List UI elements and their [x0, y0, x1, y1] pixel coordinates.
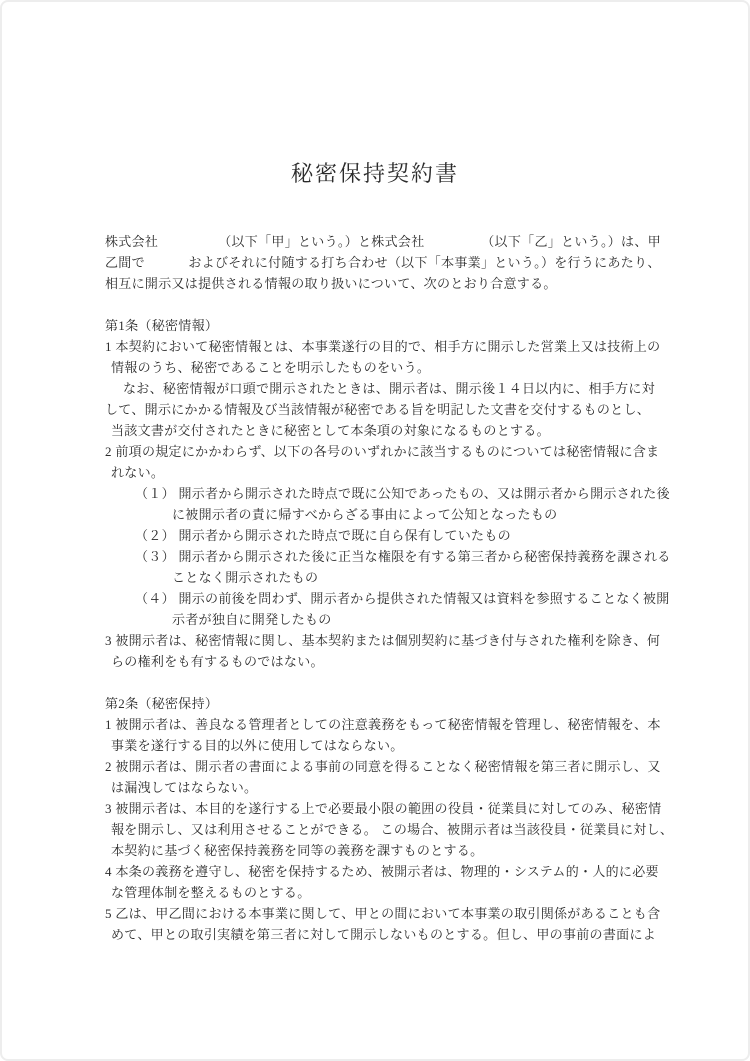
- document-line: （１） 開示者から開示された時点で既に公知であったもの、又は開示者から開示された…: [105, 483, 645, 504]
- document-line: 本契約に基づく秘密保持義務を同等の義務を課すものとする。: [105, 840, 645, 861]
- document-line: 2 前項の規定にかかわらず、以下の各号のいずれかに該当するものについては秘密情報…: [105, 441, 645, 462]
- document-line: 1 本契約において秘密情報とは、本事業遂行の目的で、相手方に開示した営業上又は技…: [105, 336, 645, 357]
- document-line: 乙間で およびそれに付随する打ち合わせ（以下「本事業」という。）を行うにあたり、: [105, 252, 645, 273]
- document-line: 5 乙は、甲乙間における本事業に関して、甲との間において本事業の取引関係があるこ…: [105, 903, 645, 924]
- document-line: （３） 開示者から開示された後に正当な権限を有する第三者から秘密保持義務を課され…: [105, 546, 645, 567]
- document-line: 1 被開示者は、善良なる管理者としての注意義務をもって秘密情報を管理し、秘密情報…: [105, 714, 645, 735]
- document-line: 3 被開示者は、秘密情報に関し、基本契約または個別契約に基づき付与された権利を除…: [105, 630, 645, 651]
- document-line: 3 被開示者は、本目的を遂行する上で必要最小限の範囲の役員・従業員に対してのみ、…: [105, 798, 645, 819]
- document-section: 第1条（秘密情報）1 本契約において秘密情報とは、本事業遂行の目的で、相手方に開…: [105, 315, 645, 672]
- section-heading: 第2条（秘密保持）: [105, 693, 645, 714]
- section-heading: 第1条（秘密情報）: [105, 315, 645, 336]
- sections-container: 第1条（秘密情報）1 本契約において秘密情報とは、本事業遂行の目的で、相手方に開…: [105, 315, 645, 945]
- document-line: に被開示者の責に帰すべからざる事由によって公知となったもの: [105, 504, 645, 525]
- document-line: （４） 開示の前後を問わず、開示者から提供された情報又は資料を参照することなく被…: [105, 588, 645, 609]
- document-line: 情報のうち、秘密であることを明示したものをいう。: [105, 357, 645, 378]
- document-line: なお、秘密情報が口頭で開示されたときは、開示者は、開示後１４日以内に、相手方に対: [105, 378, 645, 399]
- document-section: 第2条（秘密保持）1 被開示者は、善良なる管理者としての注意義務をもって秘密情報…: [105, 693, 645, 945]
- document-line: ことなく開示されたもの: [105, 567, 645, 588]
- document-line: 事業を遂行する目的以外に使用してはならない。: [105, 735, 645, 756]
- preamble: 株式会社 （以下「甲」という。）と株式会社 （以下「乙」という。）は、甲乙間で …: [105, 231, 645, 294]
- document-content: 秘密保持契約書 株式会社 （以下「甲」という。）と株式会社 （以下「乙」という。…: [2, 158, 748, 945]
- document-line: して、開示にかかる情報及び当該情報が秘密である旨を明記した文書を交付するものとし…: [105, 399, 645, 420]
- document-line: 報を開示し、又は利用させることができる。 この場合、被開示者は当該役員・従業員に…: [105, 819, 645, 840]
- document-page: 秘密保持契約書 株式会社 （以下「甲」という。）と株式会社 （以下「乙」という。…: [0, 0, 750, 1061]
- document-line: 示者が独自に開発したもの: [105, 609, 645, 630]
- document-line: めて、甲との取引実績を第三者に対して開示しないものとする。但し、甲の事前の書面に…: [105, 924, 645, 945]
- document-line: 2 被開示者は、開示者の書面による事前の同意を得ることなく秘密情報を第三者に開示…: [105, 756, 645, 777]
- document-line: らの権利をも有するものではない。: [105, 651, 645, 672]
- document-line: れない。: [105, 462, 645, 483]
- document-line: は漏洩してはならない。: [105, 777, 645, 798]
- document-line: 株式会社 （以下「甲」という。）と株式会社 （以下「乙」という。）は、甲: [105, 231, 645, 252]
- document-title: 秘密保持契約書: [105, 158, 645, 190]
- document-line: （２） 開示者から開示された時点で既に自ら保有していたもの: [105, 525, 645, 546]
- document-line: 相互に開示又は提供される情報の取り扱いについて、次のとおり合意する。: [105, 273, 645, 294]
- document-line: 当該文書が交付されたときに秘密として本条項の対象になるものとする。: [105, 420, 645, 441]
- document-line: な管理体制を整えるものとする。: [105, 882, 645, 903]
- document-line: 4 本条の義務を遵守し、秘密を保持するため、被開示者は、物理的・システム的・人的…: [105, 861, 645, 882]
